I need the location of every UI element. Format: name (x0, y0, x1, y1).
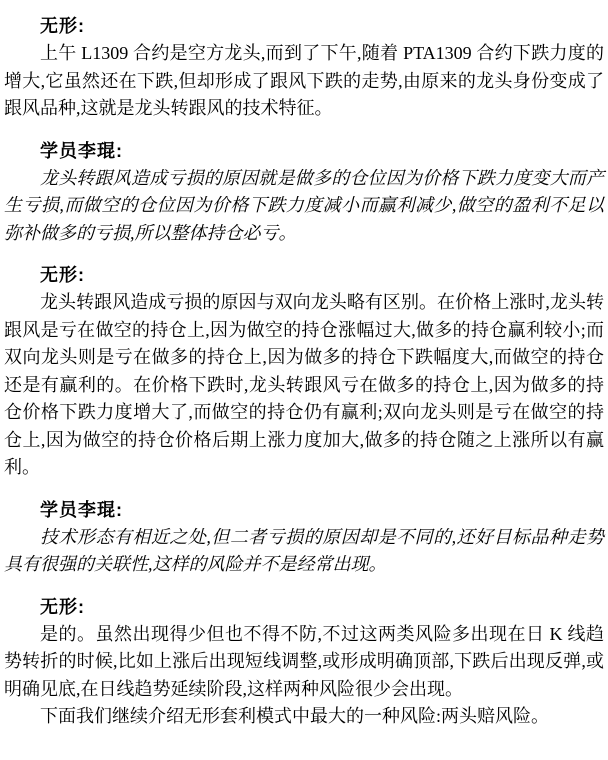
dialogue-section-mentor: 无形:龙头转跟风造成亏损的原因与双向龙头略有区别。在价格上涨时,龙头转跟风是亏在… (4, 262, 604, 482)
dialogue-paragraph: 是的。虽然出现得少但也不得不防,不过这两类风险多出现在日 K 线趋势转折的时候,… (4, 621, 604, 704)
dialogue-section-student: 学员李琨:龙头转跟风造成亏损的原因就是做多的仓位因为价格下跌力度变大而产生亏损,… (4, 138, 604, 248)
dialogue-paragraph: 龙头转跟风造成亏损的原因与双向龙头略有区别。在价格上涨时,龙头转跟风是亏在做空的… (4, 289, 604, 482)
speaker-heading: 无形: (4, 594, 604, 621)
speaker-heading: 学员李琨: (4, 497, 604, 524)
book-page: 无形:上午 L1309 合约是空方龙头,而到了下午,随着 PTA1309 合约下… (0, 0, 608, 760)
speaker-heading: 无形: (4, 13, 604, 40)
dialogue-paragraph: 下面我们继续介绍无形套利模式中最大的一种风险:两头赔风险。 (4, 703, 604, 731)
dialogue-paragraph: 技术形态有相近之处,但二者亏损的原因却是不同的,还好目标品种走势具有很强的关联性… (4, 524, 604, 579)
dialogue-section-student: 学员李琨:技术形态有相近之处,但二者亏损的原因却是不同的,还好目标品种走势具有很… (4, 497, 604, 579)
dialogue-transcript: 无形:上午 L1309 合约是空方龙头,而到了下午,随着 PTA1309 合约下… (4, 13, 604, 731)
dialogue-section-mentor: 无形:上午 L1309 合约是空方龙头,而到了下午,随着 PTA1309 合约下… (4, 13, 604, 123)
dialogue-paragraph: 上午 L1309 合约是空方龙头,而到了下午,随着 PTA1309 合约下跌力度… (4, 40, 604, 123)
dialogue-paragraph: 龙头转跟风造成亏损的原因就是做多的仓位因为价格下跌力度变大而产生亏损,而做空的仓… (4, 165, 604, 248)
speaker-heading: 无形: (4, 262, 604, 289)
speaker-heading: 学员李琨: (4, 138, 604, 165)
dialogue-section-mentor: 无形:是的。虽然出现得少但也不得不防,不过这两类风险多出现在日 K 线趋势转折的… (4, 594, 604, 731)
